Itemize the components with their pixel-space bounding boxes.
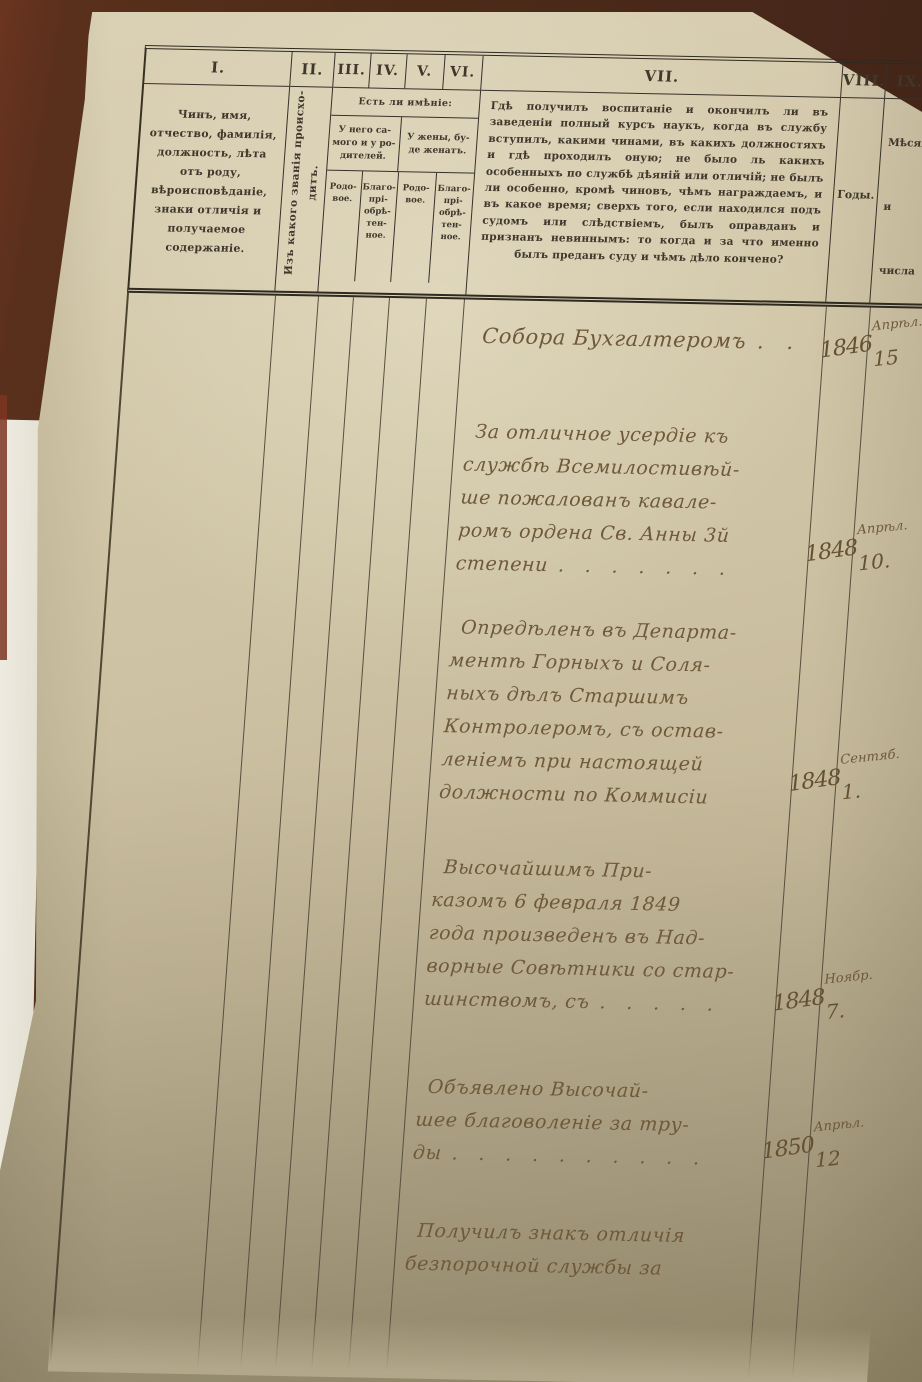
entry-3-month: Сентяб. bbox=[840, 743, 922, 768]
column-5-numeral: V. bbox=[405, 54, 445, 89]
entry-4-day: 7. bbox=[825, 998, 845, 1024]
table-edge-sliver bbox=[0, 395, 7, 660]
column-3-numeral: III. bbox=[333, 53, 371, 88]
estate-type-cells: Родо- вое. Благо- прі- обрѣ- тен- ное. Р… bbox=[319, 171, 474, 284]
service-record-table: I. Чинъ, имя, отчество, фамилія, должнос… bbox=[49, 45, 922, 1382]
column-1-numeral: I. bbox=[144, 49, 292, 87]
estate-numerals: III. IV. V. VI. bbox=[333, 53, 483, 91]
service-entry-6: Получилъ знакъ отличія безпорочной служб… bbox=[404, 1215, 754, 1288]
column-7-header: Гдѣ получилъ воспитаніе и окончилъ ли въ… bbox=[479, 98, 828, 269]
entry-5-year: 1850 bbox=[760, 1133, 816, 1165]
column-1-header: Чинъ, имя, отчество, фамилія, должность,… bbox=[132, 104, 288, 259]
entry-2-day: 10. bbox=[858, 548, 891, 575]
column-2-numeral: II. bbox=[291, 52, 335, 88]
estate-own-header: У него са- мого и у ро- дителей. bbox=[327, 116, 402, 172]
service-entry-4: Высочайшимъ При- казомъ 6 февраля 1849 г… bbox=[423, 851, 780, 1023]
table-body: Собора Бухгалтеромъ . . За отличное усер… bbox=[49, 293, 922, 1382]
column-8-numeral: VIII. bbox=[841, 63, 886, 99]
column-1-rank: I. Чинъ, имя, отчество, фамилія, должнос… bbox=[129, 49, 293, 291]
entry-1-day: 15 bbox=[873, 345, 900, 371]
column-7-service: VII. Гдѣ получилъ воспитаніе и окончилъ … bbox=[466, 56, 844, 302]
column-9-numeral: IX. bbox=[885, 64, 922, 100]
entry-5-day: 12 bbox=[814, 1146, 841, 1172]
service-entry-5: Объявлено Высочай- шее благоволеніе за т… bbox=[412, 1071, 765, 1177]
entry-2-month: Апрѣл. bbox=[857, 514, 922, 539]
service-entry-3: Опредѣленъ въ Департа- ментѣ Горныхъ и С… bbox=[438, 611, 798, 816]
column-4-numeral: IV. bbox=[369, 54, 407, 89]
column-6-numeral: VI. bbox=[443, 55, 482, 90]
service-entry-2: За отличное усердіе къ службѣ Всемилости… bbox=[455, 416, 812, 588]
estate-wife-header: У жены, бу- де женатъ. bbox=[398, 117, 478, 173]
entry-1-month: Апрѣл. bbox=[871, 310, 922, 335]
estate-subheaders: У него са- мого и у ро- дителей. У жены,… bbox=[327, 116, 478, 174]
columns-3-6-estate: III. IV. V. VI. Есть ли имѣніе: У него с… bbox=[318, 53, 483, 295]
entry-3-day: 1. bbox=[841, 778, 861, 804]
photo-background: I. Чинъ, имя, отчество, фамилія, должнос… bbox=[0, 0, 922, 1382]
table-header: I. Чинъ, имя, отчество, фамилія, должнос… bbox=[127, 45, 922, 309]
estate-title: Есть ли имѣніе: bbox=[331, 88, 480, 119]
service-entry-1: Собора Бухгалтеромъ . . bbox=[471, 320, 819, 360]
